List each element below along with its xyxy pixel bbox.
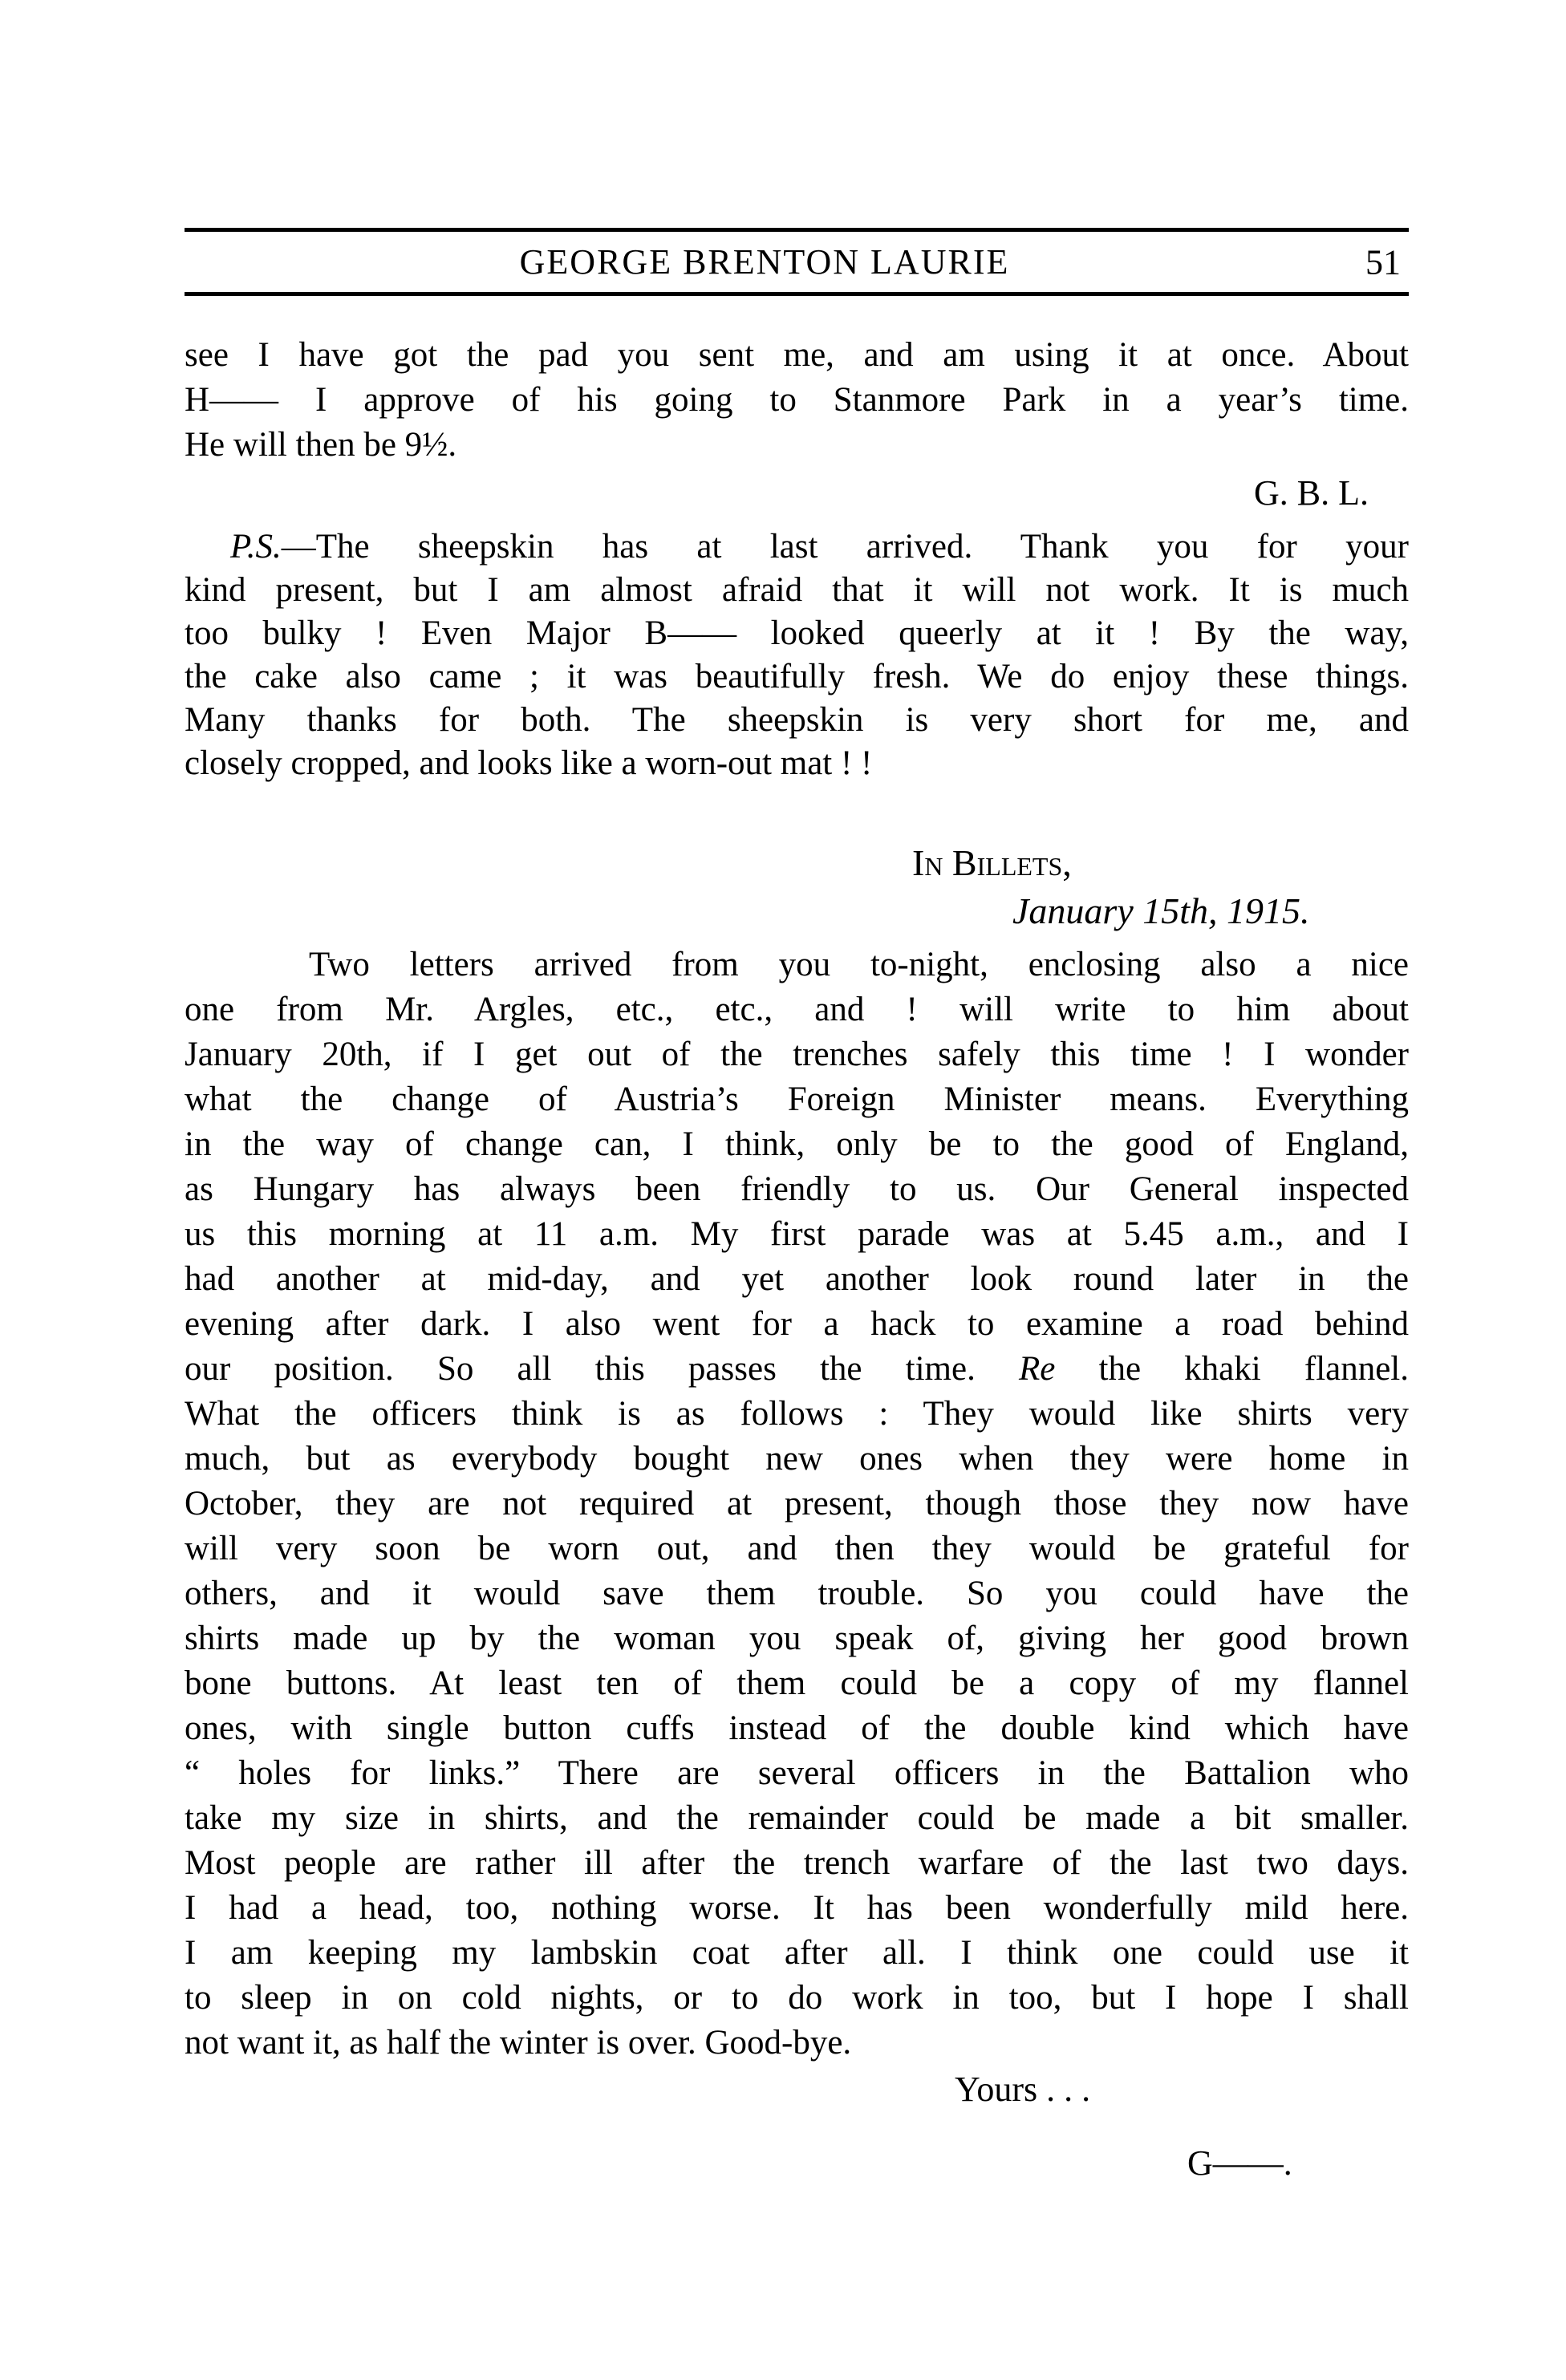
text-line: had another at mid-day, and yet another …	[185, 1257, 1409, 1302]
letter-place-heading: In Billets,	[912, 841, 1409, 885]
text-line: “ holes for links.” There are several of…	[185, 1751, 1409, 1796]
postscript-paragraph: P.S.—The sheepskin has at last arrived. …	[185, 525, 1409, 785]
text-line: January 20th, if I get out of the trench…	[185, 1032, 1409, 1077]
text-line: not want it, as half the winter is over.…	[185, 2021, 1409, 2066]
text-line: what the change of Austria’s Foreign Min…	[185, 1077, 1409, 1122]
text-line: take my size in shirts, and the remainde…	[185, 1796, 1409, 1841]
letter-closing: Yours . . .	[955, 2067, 1409, 2112]
book-page: GEORGE BRENTON LAURIE 51 see I have got …	[0, 0, 1566, 2380]
text-line: evening after dark. I also went for a ha…	[185, 1302, 1409, 1347]
signature-initials: G. B. L.	[185, 471, 1409, 516]
text-line: ones, with single button cuffs instead o…	[185, 1706, 1409, 1751]
italic-text: Re	[1019, 1350, 1055, 1388]
text-line: will very soon be worn out, and then the…	[185, 1527, 1409, 1571]
text-segment: our position. So all this passes the tim…	[185, 1350, 1019, 1388]
text-line: others, and it would save them trouble. …	[185, 1571, 1409, 1616]
running-title: GEORGE BRENTON LAURIE	[520, 241, 1010, 282]
text-line: closely cropped, and looks like a worn-o…	[185, 742, 1409, 785]
text-segment: the khaki flannel.	[1055, 1350, 1409, 1388]
text-line: P.S.—The sheepskin has at last arrived. …	[185, 525, 1409, 569]
text-line: Two letters arrived from you to-night, e…	[185, 943, 1409, 987]
text-line: in the way of change can, I think, only …	[185, 1122, 1409, 1167]
letter-body-paragraph: Two letters arrived from you to-night, e…	[185, 943, 1409, 2066]
text-segment: —The sheepskin has at last arrived. Than…	[282, 528, 1409, 566]
text-line: He will then be 9½.	[185, 423, 1409, 468]
text-line: I had a head, too, nothing worse. It has…	[185, 1886, 1409, 1931]
text-line: one from Mr. Argles, etc., etc., and ! w…	[185, 987, 1409, 1032]
text-line: shirts made up by the woman you speak of…	[185, 1616, 1409, 1661]
text-line: H—— I approve of his going to Stanmore P…	[185, 378, 1409, 423]
text-line: I am keeping my lambskin coat after all.…	[185, 1931, 1409, 1976]
text-line: bone buttons. At least ten of them could…	[185, 1661, 1409, 1706]
text-line: our position. So all this passes the tim…	[185, 1347, 1409, 1392]
text-line: kind present, but I am almost afraid tha…	[185, 569, 1409, 612]
header-row: GEORGE BRENTON LAURIE 51	[185, 232, 1409, 292]
signature-initial: G——.	[1187, 2141, 1409, 2186]
text-line: Most people are rather ill after the tre…	[185, 1841, 1409, 1886]
letter-continuation-paragraph: see I have got the pad you sent me, and …	[185, 333, 1409, 468]
header-rule-bottom	[185, 292, 1409, 296]
text-line: much, but as everybody bought new ones w…	[185, 1437, 1409, 1482]
text-line: see I have got the pad you sent me, and …	[185, 333, 1409, 378]
text-line: to sleep in on cold nights, or to do wor…	[185, 1976, 1409, 2021]
letter-date-heading: January 15th, 1915.	[1012, 890, 1409, 933]
text-line: us this morning at 11 a.m. My first para…	[185, 1212, 1409, 1257]
text-line: the cake also came ; it was beautifully …	[185, 655, 1409, 699]
page-header: GEORGE BRENTON LAURIE 51	[185, 228, 1409, 296]
text-line: as Hungary has always been friendly to u…	[185, 1167, 1409, 1212]
italic-text: P.S.	[230, 528, 282, 566]
page-number: 51	[1365, 241, 1401, 282]
text-line: too bulky ! Even Major B—— looked queerl…	[185, 612, 1409, 655]
text-column: GEORGE BRENTON LAURIE 51 see I have got …	[185, 228, 1409, 2186]
text-line: Many thanks for both. The sheepskin is v…	[185, 699, 1409, 742]
text-line: What the officers think is as follows : …	[185, 1392, 1409, 1437]
text-line: October, they are not required at presen…	[185, 1482, 1409, 1527]
